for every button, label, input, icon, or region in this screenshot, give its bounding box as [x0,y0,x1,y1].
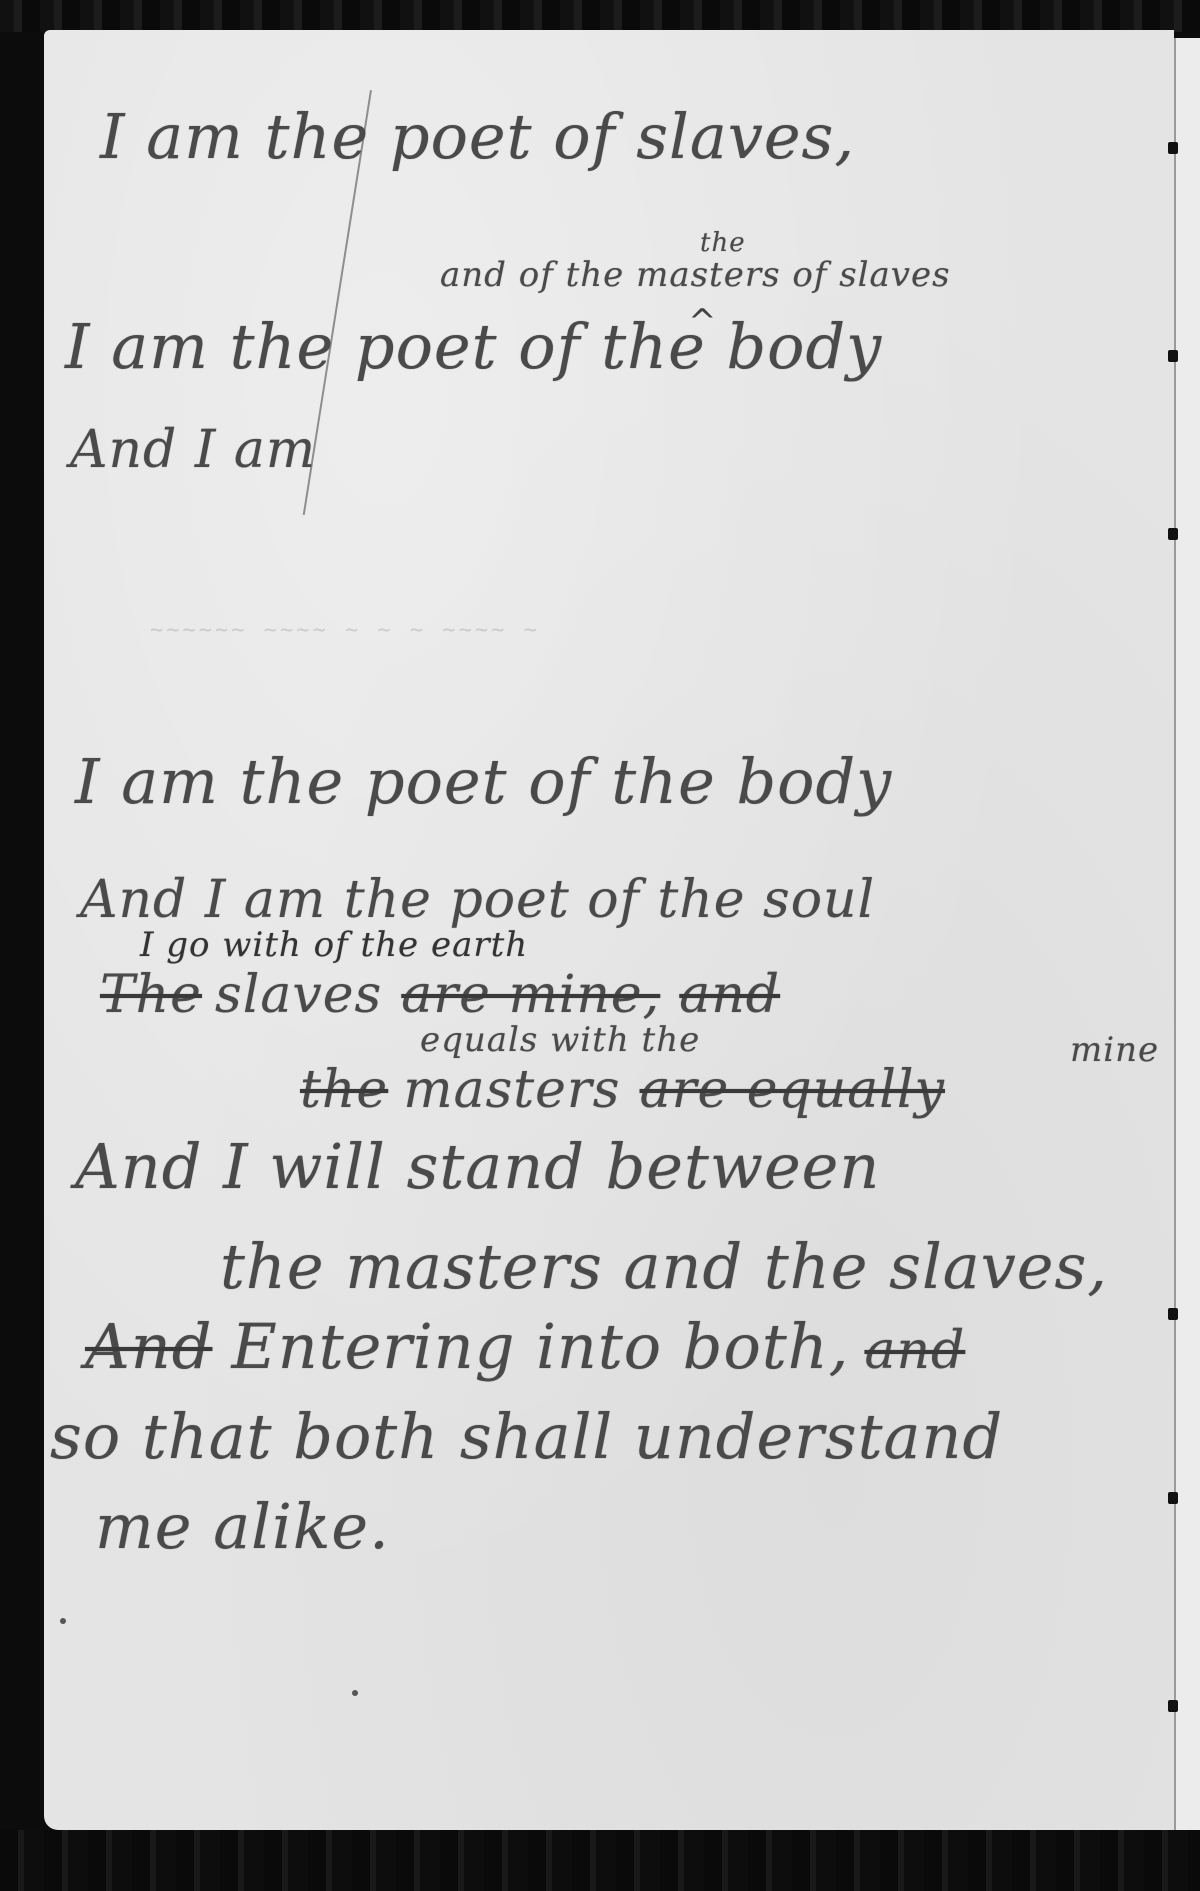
bleedthrough-text: ~~~~~~ ~~~~ ~ ~ ~ ~~~~ ~ [150,618,930,642]
struck-word: the [300,1060,388,1120]
manuscript-line-revised: And Entering into both, and [85,1310,965,1383]
ink-speck [352,1690,358,1696]
manuscript-insertion: equals with the [420,1020,700,1060]
manuscript-insertion: I go with of the earth [140,925,528,965]
scan-bottom-border [0,1830,1200,1891]
struck-word: and [679,965,780,1025]
edge-mark [1168,1492,1178,1504]
manuscript-line: I am the poet of the body [75,745,892,818]
manuscript-insertion: the [700,228,746,258]
manuscript-line: And I will stand between [75,1130,880,1203]
struck-word: The [100,965,202,1025]
manuscript-line: And I am the poet of the soul [80,870,875,930]
manuscript-word: masters [403,1060,620,1120]
manuscript-word: Entering into both, [232,1310,850,1383]
manuscript-line: I am the poet of the body [65,310,882,383]
edge-mark [1168,528,1178,540]
manuscript-line: I am the poet of slaves, [100,100,855,173]
edge-mark [1168,350,1178,362]
struck-word: are equally [640,1060,945,1120]
manuscript-line: so that both shall understand [50,1400,1003,1473]
ink-speck [60,1618,66,1624]
manuscript-word: slaves [215,965,382,1025]
struck-word: are mine, [401,965,660,1025]
manuscript-line: And I am [70,420,316,480]
manuscript-line-revised: The slaves are mine, and [100,965,780,1025]
page-right-edge [1174,38,1200,1830]
manuscript-line: the masters and the slaves, [220,1230,1108,1303]
manuscript-line-revised: the masters are equally [300,1060,945,1120]
edge-mark [1168,1700,1178,1712]
manuscript-insertion: mine [1070,1030,1159,1070]
struck-word: and [864,1321,965,1381]
edge-mark [1168,1308,1178,1320]
edge-mark [1168,142,1178,154]
struck-word: And [85,1310,212,1383]
manuscript-line: me alike. [95,1490,390,1563]
manuscript-line: and of the masters of slaves [440,255,951,295]
scan-top-border [0,0,1200,32]
